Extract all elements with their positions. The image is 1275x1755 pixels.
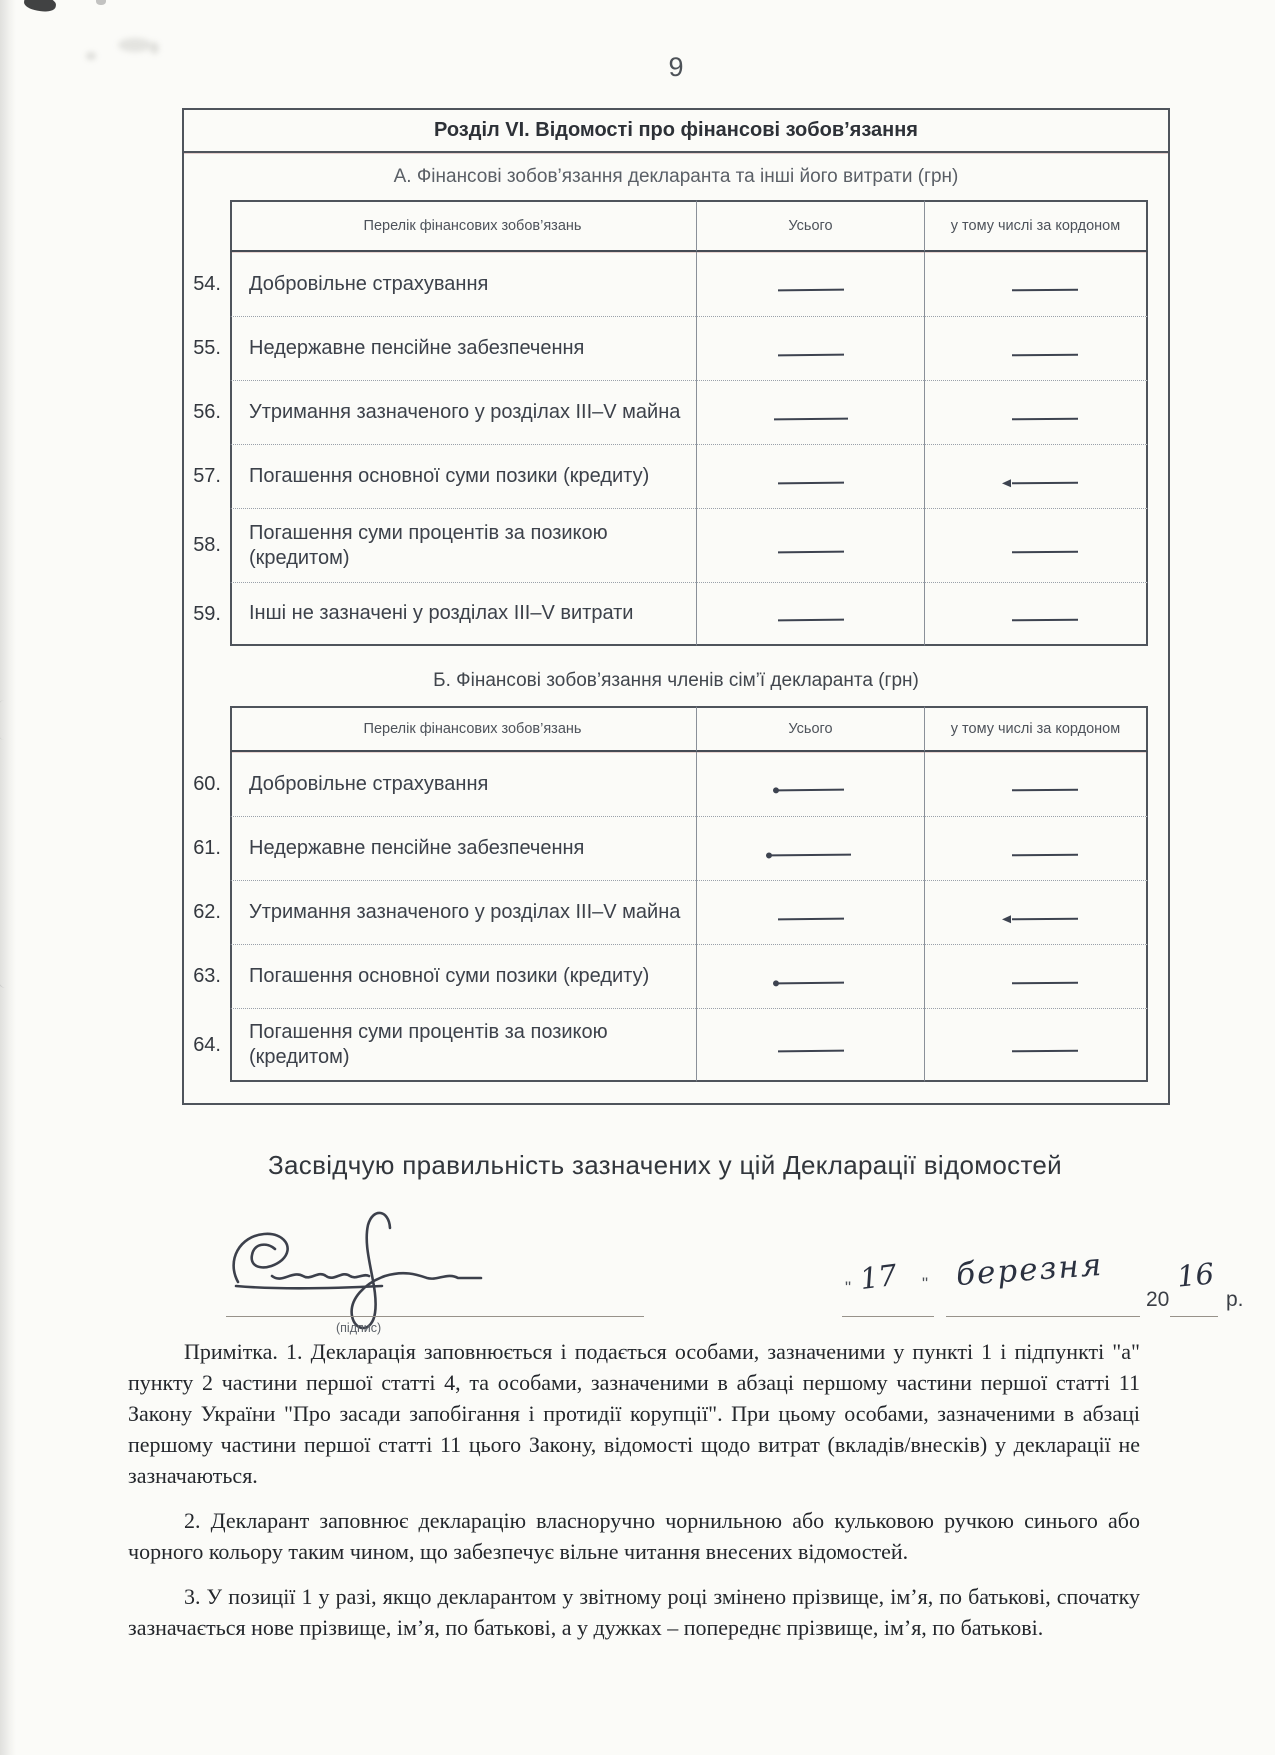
empty-value-dash (1011, 917, 1077, 920)
column-header-total: Усього (696, 200, 924, 252)
note-paragraph-1: Примітка. 1. Декларація заповнюється і п… (128, 1336, 1140, 1491)
table-row: 58.Погашення суми процентів за позикою (… (187, 508, 1148, 582)
empty-value-dash (1011, 417, 1077, 420)
total-cell (696, 508, 924, 582)
row-number: 59. (187, 582, 230, 646)
empty-value-dash (777, 353, 843, 356)
scan-smudge (150, 42, 159, 54)
abroad-cell (924, 582, 1148, 646)
table-row: 57.Погашення основної суми позики (креди… (187, 444, 1148, 508)
abroad-cell (924, 508, 1148, 582)
row-number: 63. (187, 944, 230, 1008)
empty-value-dash (777, 481, 843, 484)
empty-value-dash (1011, 981, 1077, 984)
column-header-abroad: у тому числі за кордоном (924, 706, 1148, 752)
table-row: 64.Погашення суми процентів за позикою (… (187, 1008, 1148, 1082)
table-row: 54.Добровільне страхування (187, 252, 1148, 316)
column-header-list: Перелік фінансових зобов’язань (230, 200, 696, 252)
row-number: 54. (187, 252, 230, 316)
date-year-prefix: 20 (1146, 1288, 1169, 1312)
empty-value-dash (1011, 289, 1077, 292)
table-family-obligations: Перелік фінансових зобов’язань Усього у … (187, 706, 1148, 1082)
total-cell (696, 380, 924, 444)
obligation-label: Погашення суми процентів за позикою (кре… (230, 508, 696, 582)
obligation-label: Погашення основної суми позики (кредиту) (230, 944, 696, 1008)
abroad-cell (924, 816, 1148, 880)
total-cell (696, 880, 924, 944)
abroad-cell (924, 880, 1148, 944)
abroad-cell (924, 380, 1148, 444)
obligation-label: Утримання зазначеного у розділах III–V м… (230, 380, 696, 444)
abroad-cell (924, 944, 1148, 1008)
scan-ink-blot (23, 0, 57, 13)
handwritten-signature (222, 1198, 492, 1338)
abroad-cell (924, 444, 1148, 508)
scan-smudge (86, 52, 96, 60)
empty-value-dash (777, 618, 843, 621)
column-header-list: Перелік фінансових зобов’язань (230, 706, 696, 752)
table-row: 63.Погашення основної суми позики (креди… (187, 944, 1148, 1008)
obligation-label: Утримання зазначеного у розділах III–V м… (230, 880, 696, 944)
abroad-cell (924, 1008, 1148, 1082)
obligation-label: Інші не зазначені у розділах III–V витра… (230, 582, 696, 646)
handwritten-year: 16 (1176, 1256, 1216, 1293)
subsection-b-title: Б. Фінансові зобов’язання членів сім’ї д… (184, 670, 1168, 692)
empty-value-dash (770, 853, 850, 856)
obligation-label: Недержавне пенсійне забезпечення (230, 316, 696, 380)
notes-block: Примітка. 1. Декларація заповнюється і п… (128, 1336, 1140, 1657)
row-number: 58. (187, 508, 230, 582)
scan-smudge (118, 38, 152, 52)
empty-value-dash (1011, 353, 1077, 356)
obligation-label: Погашення основної суми позики (кредиту) (230, 444, 696, 508)
row-number: 60. (187, 752, 230, 816)
note-paragraph-3: 3. У позиції 1 у разі, якщо декларантом … (128, 1581, 1140, 1643)
table-row: 60.Добровільне страхування (187, 752, 1148, 816)
total-cell (696, 444, 924, 508)
table-row: 61.Недержавне пенсійне забезпечення (187, 816, 1148, 880)
scanned-declaration-page: 9 Розділ VI. Відомості про фінансові зоб… (0, 0, 1275, 1755)
total-cell (696, 944, 924, 1008)
handwritten-day: 17 (858, 1258, 899, 1296)
empty-value-dash (1011, 618, 1077, 621)
row-number: 57. (187, 444, 230, 508)
date-year-unit: р. (1226, 1288, 1244, 1312)
page-number: 9 (182, 52, 1170, 83)
table-header-row: Перелік фінансових зобов’язань Усього у … (187, 200, 1148, 252)
empty-value-dash (1011, 789, 1077, 792)
empty-value-dash (773, 417, 847, 420)
table-declarant-obligations: Перелік фінансових зобов’язань Усього у … (187, 200, 1148, 646)
column-header-abroad: у тому числі за кордоном (924, 200, 1148, 252)
abroad-cell (924, 752, 1148, 816)
row-number: 61. (187, 816, 230, 880)
table-row: 55.Недержавне пенсійне забезпечення (187, 316, 1148, 380)
row-number-gutter (187, 706, 230, 752)
total-cell (696, 252, 924, 316)
scan-smudge (0, 946, 20, 990)
empty-value-dash (1011, 481, 1077, 484)
empty-value-dash (777, 550, 843, 553)
section-vi-box: Розділ VI. Відомості про фінансові зобов… (182, 108, 1170, 1105)
table-body: 54.Добровільне страхування55.Недержавне … (187, 252, 1148, 646)
empty-value-dash (777, 289, 843, 292)
date-day-underline (842, 1316, 934, 1317)
note-paragraph-2: 2. Декларант заповнює декларацію власнор… (128, 1505, 1140, 1567)
empty-value-dash (777, 981, 843, 984)
certification-statement: Засвідчую правильність зазначених у цій … (150, 1150, 1180, 1181)
table-row: 62.Утримання зазначеного у розділах III–… (187, 880, 1148, 944)
obligation-label: Добровільне страхування (230, 252, 696, 316)
section-vi-title: Розділ VI. Відомості про фінансові зобов… (184, 110, 1168, 153)
row-number: 55. (187, 316, 230, 380)
total-cell (696, 316, 924, 380)
empty-value-dash (777, 1049, 843, 1052)
abroad-cell (924, 316, 1148, 380)
date-month-underline (946, 1316, 1140, 1317)
table-header-row: Перелік фінансових зобов’язань Усього у … (187, 706, 1148, 752)
signature-underline (226, 1316, 644, 1317)
date-year-underline (1170, 1316, 1218, 1317)
obligation-label: Добровільне страхування (230, 752, 696, 816)
total-cell (696, 1008, 924, 1082)
row-number: 62. (187, 880, 230, 944)
signature-caption: (підпис) (336, 1321, 381, 1335)
table-body: 60.Добровільне страхування61.Недержавне … (187, 752, 1148, 1082)
total-cell (696, 752, 924, 816)
total-cell (696, 582, 924, 646)
empty-value-dash (777, 917, 843, 920)
obligation-label: Погашення суми процентів за позикою (кре… (230, 1008, 696, 1082)
total-cell (696, 816, 924, 880)
empty-value-dash (1011, 550, 1077, 553)
scan-edge-shadow (0, 0, 16, 1755)
row-number: 64. (187, 1008, 230, 1082)
date-open-quote: " (845, 1278, 851, 1298)
table-row: 59.Інші не зазначені у розділах III–V ви… (187, 582, 1148, 646)
empty-value-dash (1011, 853, 1077, 856)
row-number: 56. (187, 380, 230, 444)
column-header-total: Усього (696, 706, 924, 752)
scan-ink-blot (96, 0, 106, 5)
row-number-gutter (187, 200, 230, 252)
date-close-quote: " (922, 1274, 928, 1294)
handwritten-month: березня (955, 1247, 1104, 1293)
subsection-a-title: А. Фінансові зобов’язання декларанта та … (184, 166, 1168, 188)
obligation-label: Недержавне пенсійне забезпечення (230, 816, 696, 880)
abroad-cell (924, 252, 1148, 316)
empty-value-dash (1011, 1049, 1077, 1052)
empty-value-dash (777, 789, 843, 792)
table-row: 56.Утримання зазначеного у розділах III–… (187, 380, 1148, 444)
